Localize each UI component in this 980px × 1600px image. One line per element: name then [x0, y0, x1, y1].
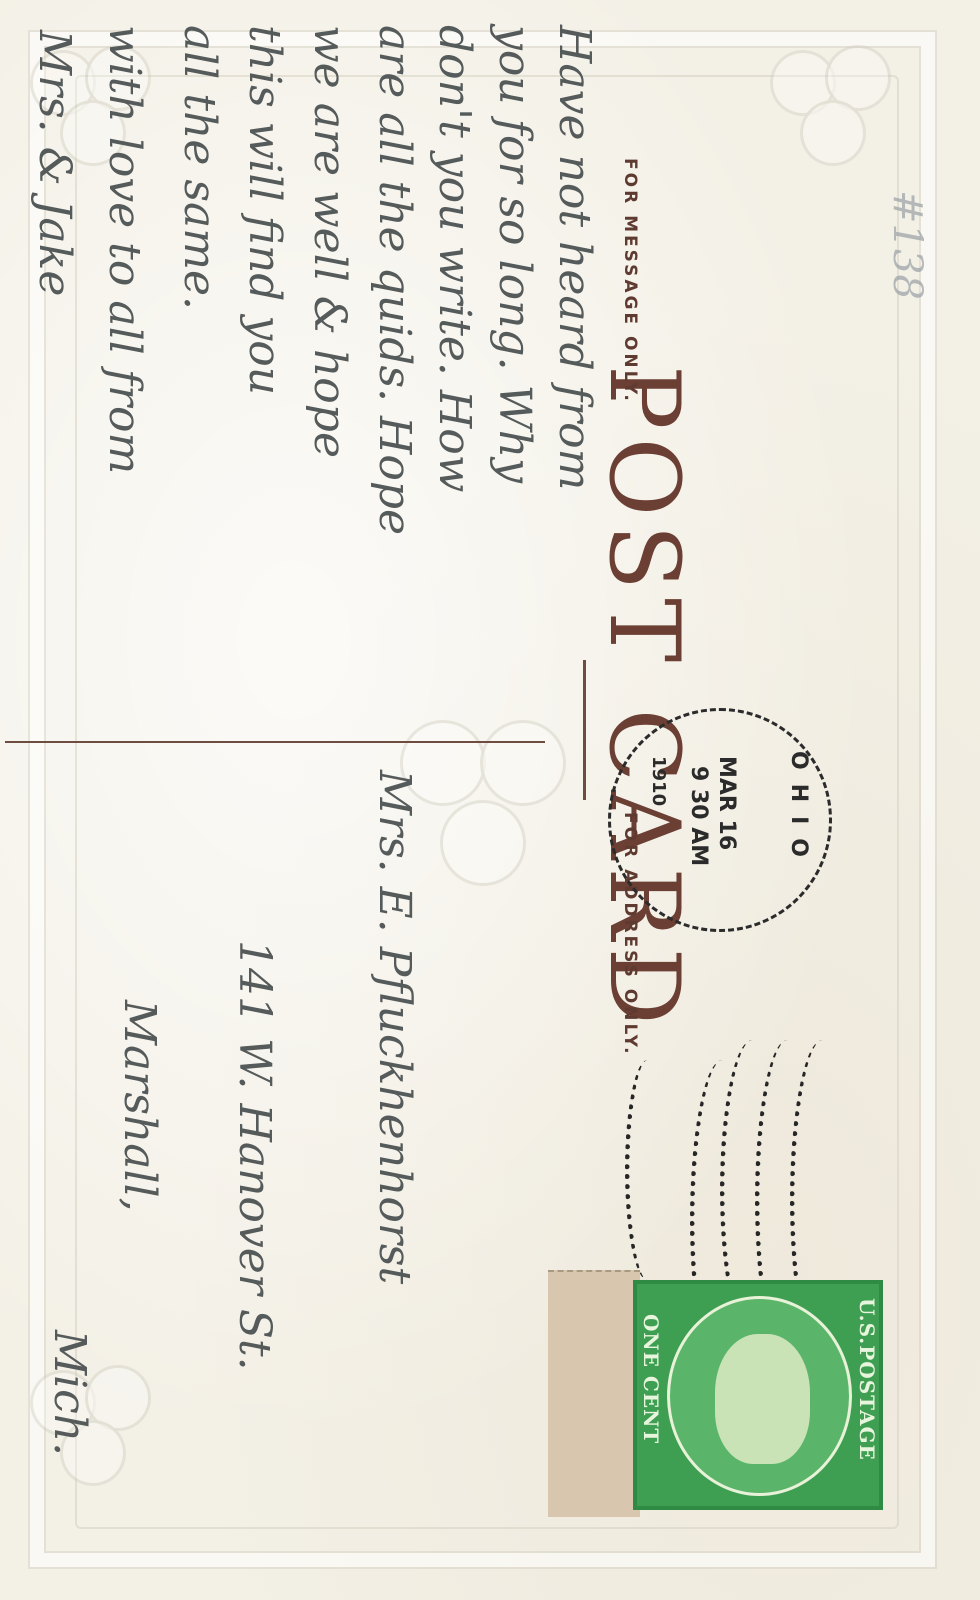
divider-line: [5, 741, 545, 743]
message-line: don't you write. How: [429, 25, 480, 492]
stamp-denomination: ONE CENT: [639, 1314, 663, 1444]
postcard-title: POST CARD: [588, 365, 700, 1033]
stamp-selvage: [548, 1270, 640, 1517]
postage-stamp: U.S.POSTAGE ONE CENT: [633, 1280, 883, 1510]
franklin-portrait-icon: [715, 1334, 810, 1464]
message-line: are all the quids. Hope: [369, 25, 420, 535]
shamrock-emboss-icon: [760, 40, 900, 180]
message-line: we are well & hope: [304, 25, 355, 458]
divider-line: [583, 660, 586, 800]
stamp-country: U.S.POSTAGE: [855, 1298, 879, 1461]
stamp-portrait-frame: [667, 1296, 852, 1496]
address-line: Marshall,: [114, 1000, 165, 1212]
message-line: Have not heard from: [549, 25, 600, 490]
postmark-ring-text: OHIO: [786, 751, 811, 871]
message-line: this will find you: [239, 25, 290, 395]
postmark: OHIO MAR 16 9 30 AM 1910: [608, 708, 832, 932]
message-line: all the same.: [174, 25, 225, 310]
postmark-time: 9 30 AM: [686, 766, 711, 866]
postmark-year: 1910: [648, 756, 669, 806]
message-line: with love to all from: [99, 25, 150, 474]
pencil-note: #138: [884, 190, 930, 300]
message-line: you for so long. Why: [489, 25, 540, 483]
postmark-date: MAR 16: [714, 756, 739, 850]
postcard-back: POST CARD FOR MESSAGE ONLY. FOR ADDRESS …: [0, 0, 980, 1600]
cancel-line: [625, 1060, 670, 1280]
message-line: Mrs. & Jake: [29, 30, 80, 296]
address-line: 141 W. Hanover St.: [229, 940, 280, 1371]
address-line: Mrs. E. Pfluckhenhorst: [369, 770, 420, 1284]
address-line: Mich.: [44, 1330, 95, 1456]
message-label: FOR MESSAGE ONLY.: [620, 158, 640, 404]
